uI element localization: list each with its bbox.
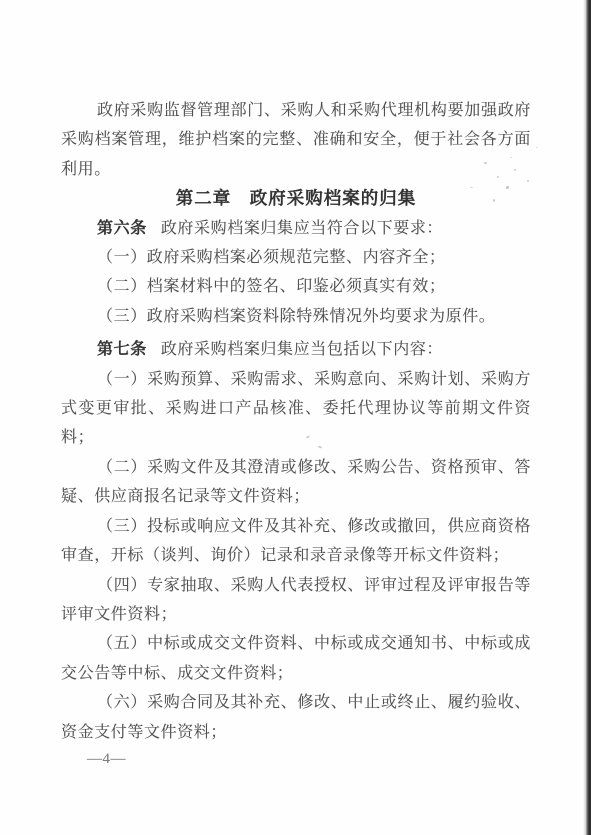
article-7-item-3: （三）投标或响应文件及其补充、修改或撤回，供应商资格审查，开标（谈判、询价）记录… [61, 512, 531, 571]
chapter-heading: 第二章 政府采购档案的归集 [61, 184, 531, 213]
scan-edge-shadow [583, 0, 591, 835]
article-6-term: 第六条 [97, 220, 147, 237]
article-6-item-3: （三）政府采购档案资料除特殊情况外均要求为原件。 [61, 302, 531, 331]
intro-paragraph: 政府采购监督管理部门、采购人和采购代理机构要加强政府采购档案管理，维护档案的完整… [61, 96, 531, 184]
scan-noise-dot [470, 187, 473, 188]
article-7-item-2: （二）采购文件及其澄清或修改、采购公告、资格预审、答疑、供应商报名记录等文件资料… [61, 453, 531, 512]
scan-noise-dot [514, 169, 516, 171]
scan-noise-dot [527, 180, 529, 182]
article-6-item-2: （二）档案材料中的签名、印鉴必须真实有效； [61, 272, 531, 301]
article-7-paragraph: 第七条政府采购档案归集应当包括以下内容： [61, 335, 531, 364]
page-number: —4— [87, 751, 126, 768]
article-7-item-1: （一）采购预算、采购需求、采购意向、采购计划、采购方式变更审批、采购进口产品核准… [61, 365, 531, 453]
scanned-document-page: 政府采购监督管理部门、采购人和采购代理机构要加强政府采购档案管理，维护档案的完整… [0, 0, 591, 835]
scan-noise-dot [510, 157, 512, 158]
scan-noise-dot [497, 176, 499, 178]
article-7-text: 政府采购档案归集应当包括以下内容： [161, 341, 443, 358]
article-7-term: 第七条 [97, 341, 147, 358]
article-6-paragraph: 第六条政府采购档案归集应当符合以下要求： [61, 214, 531, 243]
article-6-item-1: （一）政府采购档案必须规范完整、内容齐全； [61, 243, 531, 272]
article-7-item-5: （五）中标或成交文件资料、中标或成交通知书、中标或成交公告等中标、成交文件资料； [61, 629, 531, 688]
scan-noise-dot [484, 162, 487, 164]
scan-noise-dot [506, 186, 509, 189]
scan-noise-dot [493, 199, 495, 202]
article-7-item-4: （四）专家抽取、采购人代表授权、评审过程及评审报告等评审文件资料； [61, 571, 531, 630]
scan-noise-dot [536, 147, 538, 148]
document-body: 政府采购监督管理部门、采购人和采购代理机构要加强政府采购档案管理，维护档案的完整… [61, 96, 531, 747]
scan-noise-dot [502, 703, 504, 705]
article-6-text: 政府采购档案归集应当符合以下要求： [161, 220, 443, 237]
article-7-item-6: （六）采购合同及其补充、修改、中止或终止、履约验收、资金支付等文件资料； [61, 688, 531, 747]
